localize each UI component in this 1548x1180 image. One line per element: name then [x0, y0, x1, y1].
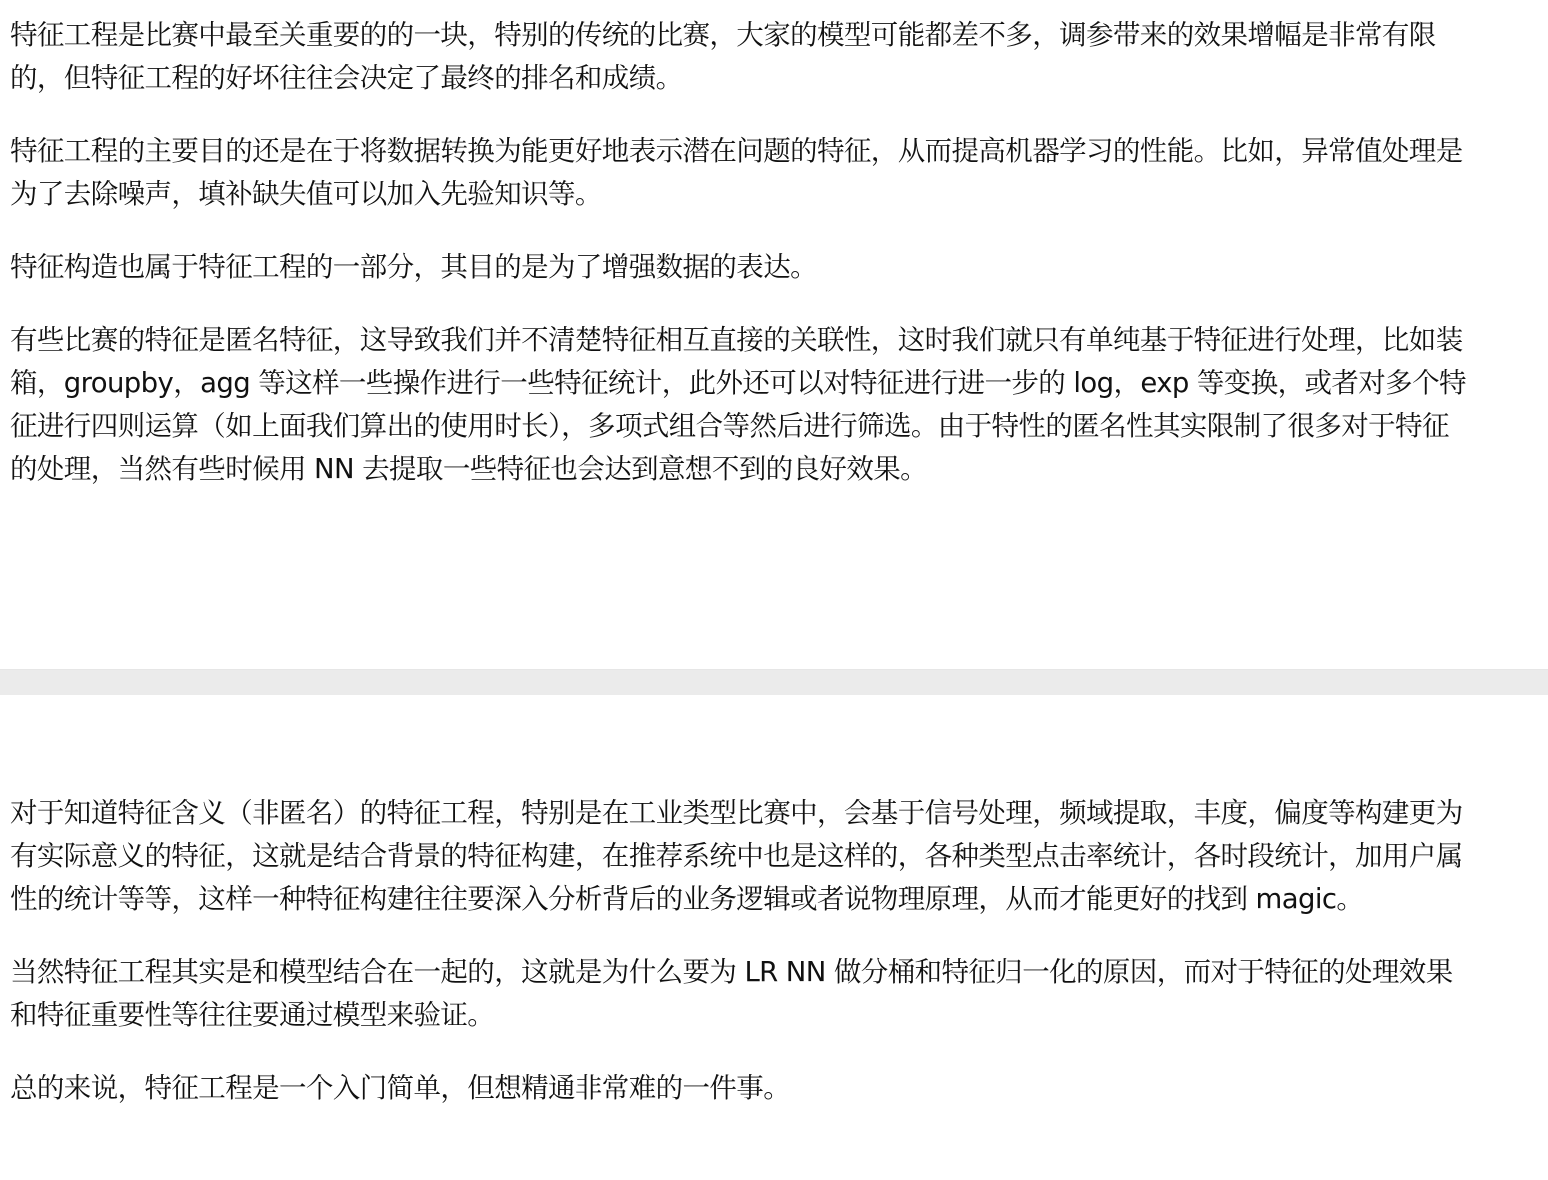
paragraph-feature-construction: 特征构造也属于特征工程的一部分，其目的是为了增强数据的表达。 [10, 246, 1474, 289]
document-section-top: 特征工程是比赛中最至关重要的的一块，特别的传统的比赛，大家的模型可能都差不多，调… [0, 0, 1548, 669]
paragraph-feature-engineering-importance: 特征工程是比赛中最至关重要的的一块，特别的传统的比赛，大家的模型可能都差不多，调… [10, 14, 1474, 100]
paragraph-summary: 总的来说，特征工程是一个入门简单，但想精通非常难的一件事。 [10, 1067, 1474, 1110]
document-section-bottom: 对于知道特征含义（非匿名）的特征工程，特别是在工业类型比赛中，会基于信号处理，频… [0, 695, 1548, 1110]
paragraph-feature-engineering-purpose: 特征工程的主要目的还是在于将数据转换为能更好地表示潜在问题的特征，从而提高机器学… [10, 130, 1474, 216]
section-separator [0, 669, 1548, 695]
paragraph-model-combination: 当然特征工程其实是和模型结合在一起的，这就是为什么要为 LR NN 做分桶和特征… [10, 951, 1474, 1037]
paragraph-anonymous-features: 有些比赛的特征是匿名特征，这导致我们并不清楚特征相互直接的关联性，这时我们就只有… [10, 319, 1474, 491]
paragraph-known-features: 对于知道特征含义（非匿名）的特征工程，特别是在工业类型比赛中，会基于信号处理，频… [10, 792, 1474, 921]
